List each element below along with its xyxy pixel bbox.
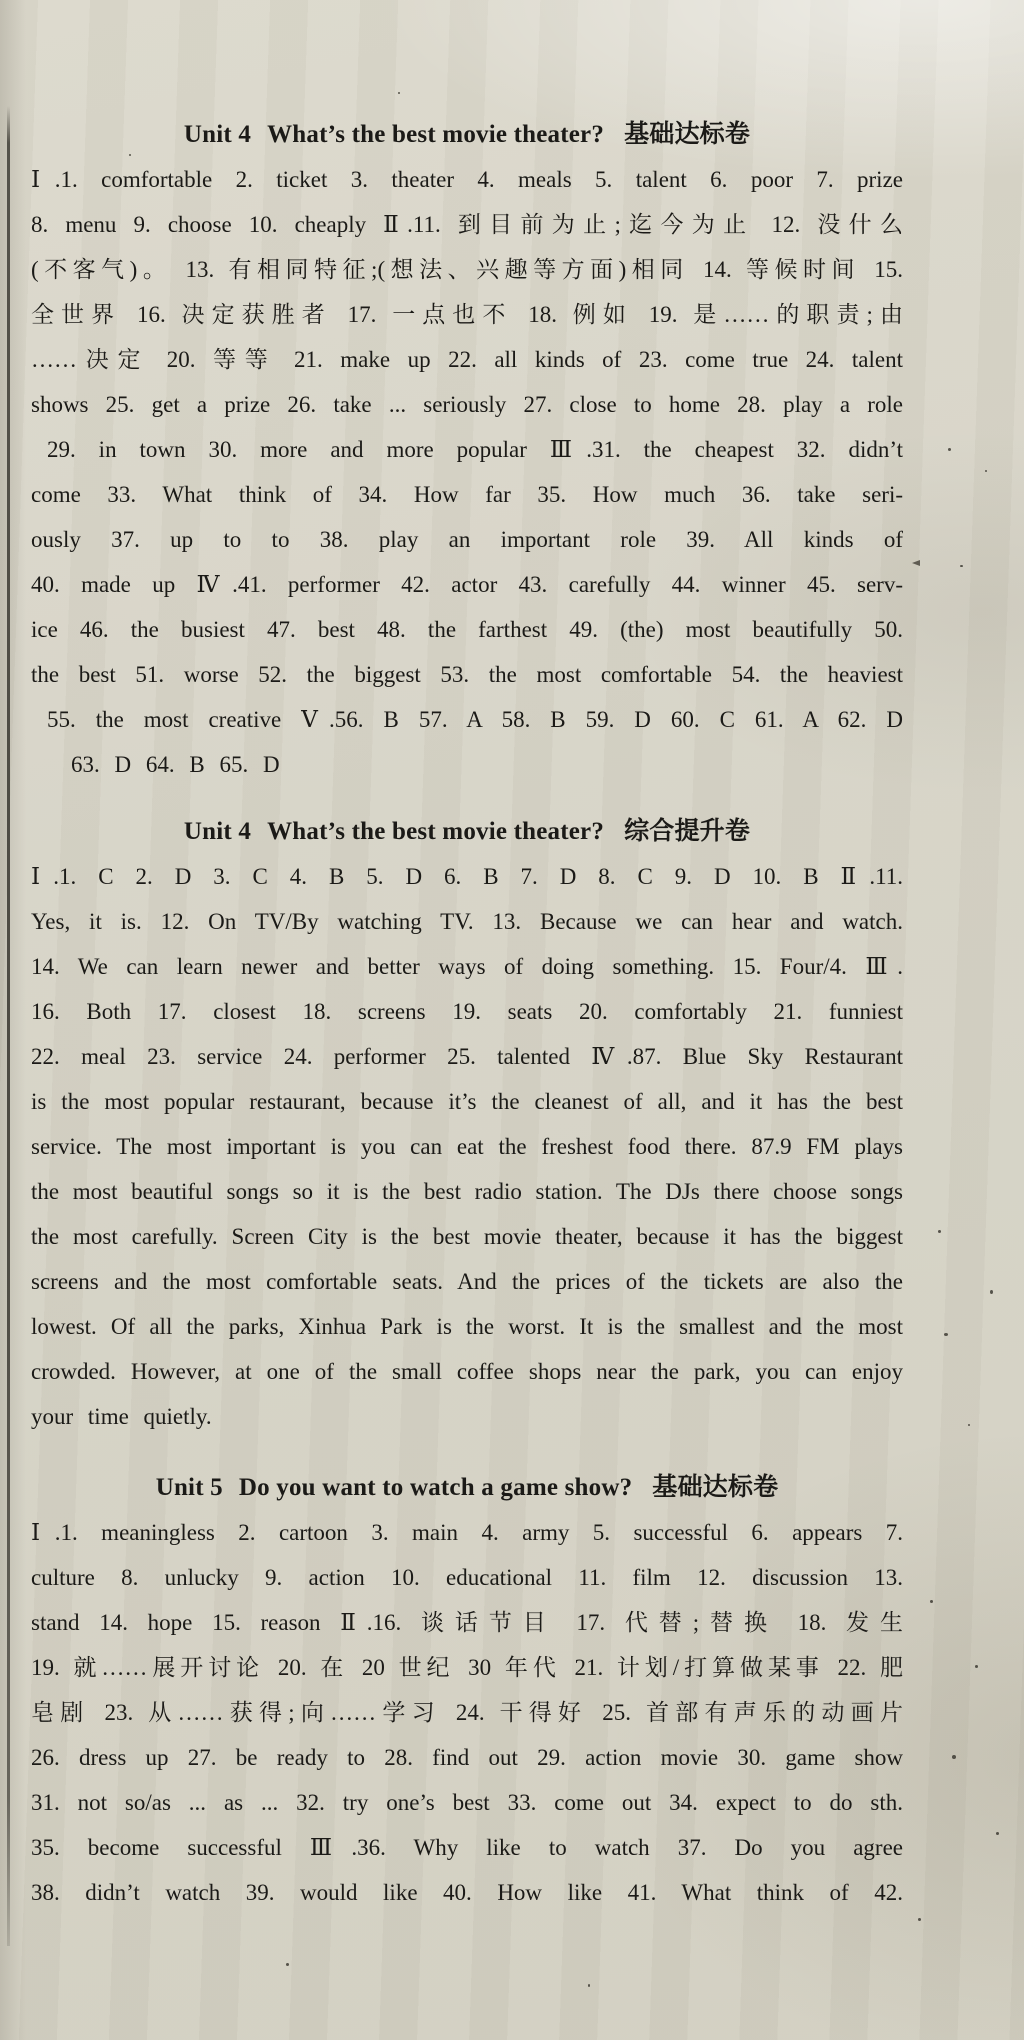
paper-speck [960, 565, 963, 567]
answer-line: 14. We can learn newer and better ways o… [31, 944, 903, 989]
unit-label: Unit 4 [184, 818, 251, 845]
answer-line: 16. Both 17. closest 18. screens 19. sea… [31, 989, 903, 1034]
answer-line: crowded. However, at one of the small co… [31, 1349, 903, 1394]
paper-speck [996, 1832, 999, 1835]
answer-line: 38. didn’t watch 39. would like 40. How … [31, 1870, 903, 1915]
answer-line: ice 46. the busiest 47. best 48. the far… [31, 607, 903, 652]
answer-line: the best 51. worse 52. the biggest 53. t… [31, 652, 903, 697]
section-title-unit5-basic: Unit 5Do you want to watch a game show?基… [31, 1465, 903, 1510]
answer-line: ously 37. up to to 38. play an important… [31, 517, 903, 562]
paper-speck [398, 92, 400, 94]
answer-line: stand 14. hope 15. reason Ⅱ.16. 谈话节目 17.… [31, 1600, 903, 1645]
unit-label: Unit 4 [184, 121, 251, 148]
paper-speck [985, 470, 987, 472]
answer-line: 63. D 64. B 65. D [31, 742, 903, 787]
answer-line: (不客气)。 13. 有相同特征;(想法、兴趣等方面)相同 14. 等候时间 1… [31, 247, 903, 292]
paper-speck [990, 1290, 993, 1294]
answer-line: 皂剧 23. 从……获得;向……学习 24. 干得好 25. 首部有声乐的动画片 [31, 1690, 903, 1735]
answer-line: 22. meal 23. service 24. performer 25. t… [31, 1034, 903, 1079]
paper-speck [918, 1918, 921, 1921]
paper-speck [975, 1665, 978, 1668]
paper-speck [944, 1333, 948, 1336]
paper-type-badge: 基础达标卷 [652, 1474, 778, 1501]
paper-speck [948, 448, 951, 451]
paper-type-badge: 基础达标卷 [624, 121, 750, 148]
unit-question: What’s the best movie theater? [267, 818, 604, 845]
paper-speck [286, 1963, 289, 1966]
answer-line: culture 8. unlucky 9. action 10. educati… [31, 1555, 903, 1600]
paper-type-badge: 综合提升卷 [624, 818, 750, 845]
answer-line: your time quietly. [31, 1394, 903, 1439]
answer-line: screens and the most comfortable seats. … [31, 1259, 903, 1304]
paper-background: Unit 4What’s the best movie theater?基础达标… [0, 0, 1024, 2040]
answer-line: 55. the most creative Ⅴ.56. B 57. A 58. … [31, 697, 903, 742]
answer-line: Ⅰ.1. C 2. D 3. C 4. B 5. D 6. B 7. D 8. … [31, 854, 903, 899]
answer-key-content: Unit 4What’s the best movie theater?基础达标… [31, 0, 903, 1915]
paper-speck [938, 1230, 941, 1233]
answer-line: 19. 就……展开讨论 20. 在 20 世纪 30 年代 21. 计划/打算做… [31, 1645, 903, 1690]
answer-line: the most beautiful songs so it is the be… [31, 1169, 903, 1214]
scanned-answer-page: { "page": { "paper_color": "#d8d5c8", "i… [0, 0, 1024, 2040]
paper-speck [129, 154, 131, 156]
unit-question: What’s the best movie theater? [267, 121, 604, 148]
margin-arrow-mark [912, 560, 920, 566]
answer-line: 35. become successful Ⅲ.36. Why like to … [31, 1825, 903, 1870]
answer-line: ……决定 20. 等等 21. make up 22. all kinds of… [31, 337, 903, 382]
answer-line: 31. not so/as ... as ... 32. try one’s b… [31, 1780, 903, 1825]
paper-speck [588, 1984, 590, 1987]
answer-line: Yes, it is. 12. On TV/By watching TV. 13… [31, 899, 903, 944]
section-title-unit4-basic: Unit 4What’s the best movie theater?基础达标… [31, 112, 903, 157]
answer-line: 29. in town 30. more and more popular Ⅲ.… [31, 427, 903, 472]
answer-line: lowest. Of all the parks, Xinhua Park is… [31, 1304, 903, 1349]
section-title-unit4-advanced: Unit 4What’s the best movie theater?综合提升… [31, 809, 903, 854]
answer-line: 26. dress up 27. be ready to 28. find ou… [31, 1735, 903, 1780]
answer-line: come 33. What think of 34. How far 35. H… [31, 472, 903, 517]
paper-speck [952, 1755, 956, 1759]
unit-label: Unit 5 [156, 1474, 223, 1501]
answer-line: the most carefully. Screen City is the b… [31, 1214, 903, 1259]
answer-line: Ⅰ.1. comfortable 2. ticket 3. theater 4.… [31, 157, 903, 202]
answer-line: service. The most important is you can e… [31, 1124, 903, 1169]
answer-line: is the most popular restaurant, because … [31, 1079, 903, 1124]
answer-line: 40. made up Ⅳ.41. performer 42. actor 43… [31, 562, 903, 607]
unit-question: Do you want to watch a game show? [239, 1474, 632, 1501]
paper-speck [968, 1424, 970, 1426]
page-left-border-line [7, 106, 10, 1946]
answer-line: 8. menu 9. choose 10. cheaply Ⅱ.11. 到目前为… [31, 202, 903, 247]
paper-speck [930, 1600, 933, 1603]
answer-line: 全世界 16. 决定获胜者 17. 一点也不 18. 例如 19. 是……的职责… [31, 292, 903, 337]
answer-line: Ⅰ.1. meaningless 2. cartoon 3. main 4. a… [31, 1510, 903, 1555]
answer-line: shows 25. get a prize 26. take ... serio… [31, 382, 903, 427]
